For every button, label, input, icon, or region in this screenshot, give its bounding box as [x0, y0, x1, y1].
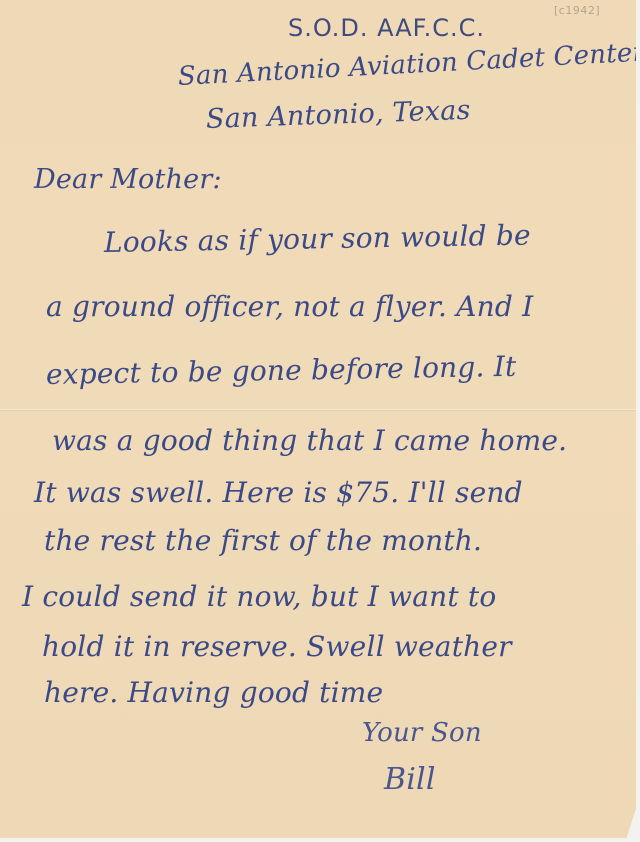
- signature: Bill: [384, 762, 436, 797]
- body-line: It was swell. Here is $75. I'll send: [34, 476, 523, 509]
- body-line: the rest the first of the month.: [44, 524, 482, 557]
- body-line: a ground officer, not a flyer. And I: [46, 290, 533, 323]
- salutation: Dear Mother:: [34, 164, 222, 195]
- paper-fold-line: [0, 409, 636, 411]
- body-line: hold it in reserve. Swell weather: [42, 630, 512, 663]
- letterhead-unit: S.O.D. AAF.C.C.: [288, 14, 485, 42]
- body-line: expect to be gone before long. It: [46, 350, 517, 391]
- letter-paper: [c1942] S.O.D. AAF.C.C. San Antonio Avia…: [0, 0, 636, 838]
- body-line: Looks as if your son would be: [104, 219, 531, 259]
- closing: Your Son: [362, 718, 482, 748]
- body-line: here. Having good time: [44, 676, 383, 709]
- archive-date-note: [c1942]: [554, 4, 600, 17]
- body-line: was a good thing that I came home.: [52, 424, 567, 457]
- letterhead-line-1: San Antonio Aviation Cadet Center: [177, 38, 640, 92]
- letterhead-line-2: San Antonio, Texas: [205, 95, 471, 135]
- body-line: I could send it now, but I want to: [22, 580, 496, 613]
